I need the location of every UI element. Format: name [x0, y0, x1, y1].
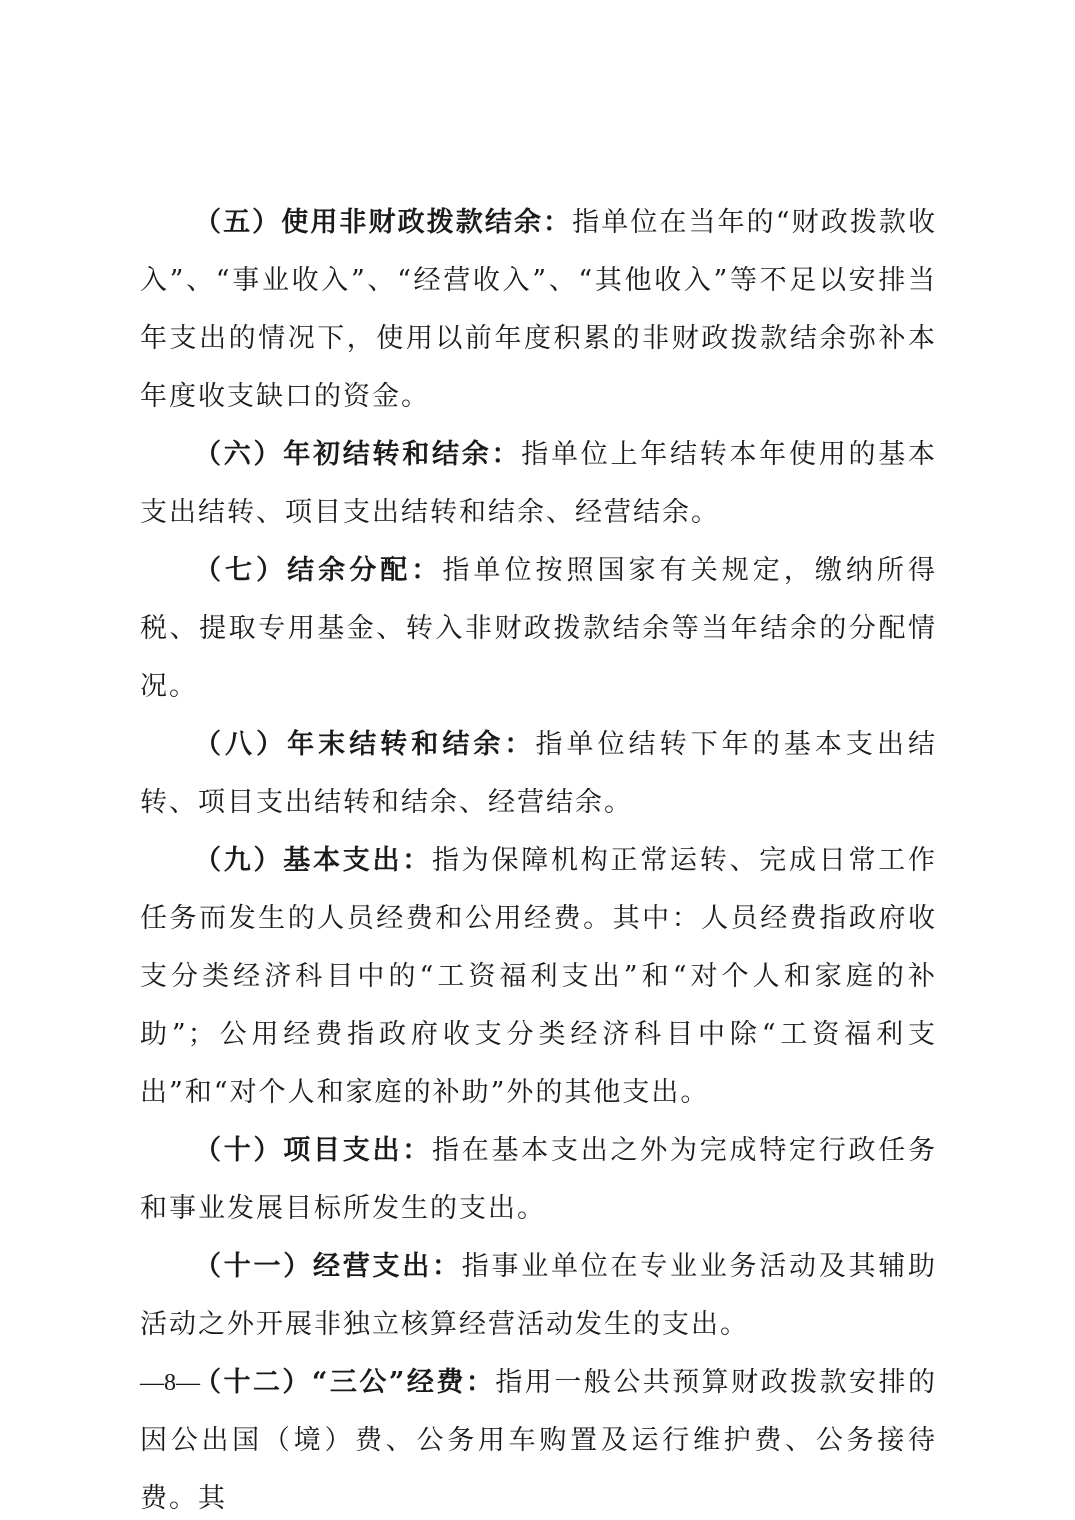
paragraph-heading: （五）使用非财政拨款结余： — [194, 207, 572, 238]
paragraph-5: （五）使用非财政拨款结余：指单位在当年的“财政拨款收入”、“事业收入”、“经营收… — [140, 194, 937, 426]
paragraph-heading: （十一）经营支出： — [194, 1251, 462, 1282]
paragraph-heading: （十二）“三公”经费： — [194, 1367, 495, 1398]
paragraph-9: （九）基本支出：指为保障机构正常运转、完成日常工作任务而发生的人员经费和公用经费… — [140, 832, 937, 1122]
paragraph-11: （十一）经营支出：指事业单位在专业业务活动及其辅助活动之外开展非独立核算经营活动… — [140, 1238, 937, 1354]
paragraph-heading: （九）基本支出： — [194, 845, 432, 876]
page-number: —8— — [140, 1370, 200, 1397]
paragraph-text: 指为保障机构正常运转、完成日常工作任务而发生的人员经费和公用经费。其中：人员经费… — [140, 845, 937, 1108]
paragraph-6: （六）年初结转和结余：指单位上年结转本年使用的基本支出结转、项目支出结转和结余、… — [140, 426, 937, 542]
paragraph-heading: （六）年初结转和结余： — [194, 439, 521, 470]
document-body: （五）使用非财政拨款结余：指单位在当年的“财政拨款收入”、“事业收入”、“经营收… — [140, 194, 937, 1520]
paragraph-12: （十二）“三公”经费：指用一般公共预算财政拨款安排的因公出国（境）费、公务用车购… — [140, 1354, 937, 1520]
paragraph-heading: （八）年末结转和结余： — [194, 729, 535, 760]
paragraph-heading: （七）结余分配： — [194, 555, 442, 586]
paragraph-10: （十）项目支出：指在基本支出之外为完成特定行政任务和事业发展目标所发生的支出。 — [140, 1122, 937, 1238]
paragraph-8: （八）年末结转和结余：指单位结转下年的基本支出结转、项目支出结转和结余、经营结余… — [140, 716, 937, 832]
paragraph-7: （七）结余分配：指单位按照国家有关规定，缴纳所得税、提取专用基金、转入非财政拨款… — [140, 542, 937, 716]
paragraph-heading: （十）项目支出： — [194, 1135, 432, 1166]
